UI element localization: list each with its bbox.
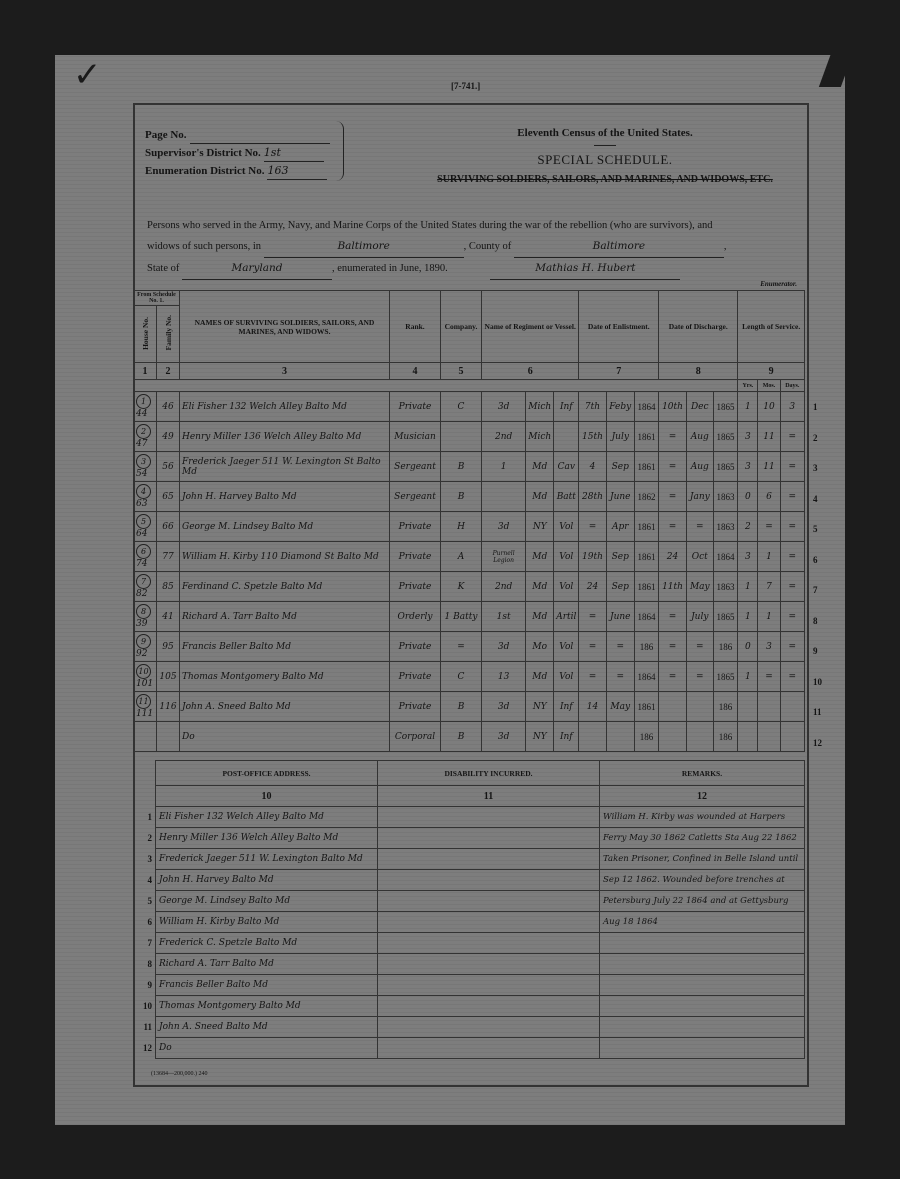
enlistment-day-cell: 14 <box>579 692 606 722</box>
col-num-3: 3 <box>180 363 390 380</box>
address-row: 1Eli Fisher 132 Welch Alley Balto MdWill… <box>133 807 805 828</box>
enlistment-year-cell: 1861 <box>634 422 658 452</box>
regiment-state-cell: NY <box>526 692 554 722</box>
enlistment-year: 186 <box>640 732 654 742</box>
enlistment-month-cell: = <box>606 662 634 692</box>
discharge-year: 1865 <box>716 462 734 472</box>
enlistment-month: May <box>610 702 630 712</box>
enlistment-year: 1864 <box>638 402 656 412</box>
rank-cell: Private <box>390 392 441 422</box>
discharge-day-cell: = <box>659 602 687 632</box>
regiment-state: Md <box>532 582 547 592</box>
regiment-type: Inf <box>560 402 573 412</box>
service-years-cell: 1 <box>738 392 758 422</box>
rank: Sergeant <box>394 462 436 472</box>
family-no-cell: 105 <box>157 662 180 692</box>
service-months-cell: 3 <box>758 632 780 662</box>
company: 1 Batty <box>445 612 478 622</box>
enlistment-day-cell: = <box>579 602 606 632</box>
discharge-day: = <box>669 642 677 652</box>
regiment-type: Cav <box>558 462 575 472</box>
service-years: 3 <box>745 432 751 442</box>
regiment-type-cell: Vol <box>554 632 579 662</box>
family-no: 105 <box>159 672 176 682</box>
county-value: Baltimore <box>514 236 724 258</box>
regiment-type-cell: Artil <box>554 602 579 632</box>
service-days-cell <box>780 692 804 722</box>
remarks <box>600 975 805 996</box>
service-days-cell: = <box>780 452 804 482</box>
regiment-number-cell: 3d <box>482 392 526 422</box>
discharge-year: 1865 <box>716 672 734 682</box>
circled-line-number: 1 <box>136 394 151 409</box>
service-days: = <box>789 582 797 592</box>
discharge-day-cell: = <box>659 632 687 662</box>
line-number: 4 <box>813 494 818 504</box>
rank-cell: Musician <box>390 422 441 452</box>
table-row: 83941Richard A. Tarr Balto MdOrderly1 Ba… <box>134 602 805 632</box>
discharge-day: = <box>669 462 677 472</box>
line-number: 3 <box>133 849 156 870</box>
rank-cell: Private <box>390 632 441 662</box>
line-number: 12 <box>813 738 822 748</box>
discharge-year: 1863 <box>716 522 734 532</box>
service-months: 11 <box>763 432 774 442</box>
length-header: Length of Service. <box>738 291 805 363</box>
enlistment-year: 1861 <box>638 582 656 592</box>
table-row: 24749Henry Miller 136 Welch Alley Balto … <box>134 422 805 452</box>
line-number: 5 <box>133 891 156 912</box>
soldier-name-cell: John A. Sneed Balto Md <box>180 692 390 722</box>
circled-line-number: 2 <box>136 424 151 439</box>
family-no: 46 <box>162 402 173 412</box>
regiment-state-cell: Md <box>526 482 554 512</box>
soldier-name-cell: John H. Harvey Balto Md <box>180 482 390 512</box>
service-years: 1 <box>745 612 751 622</box>
service-years-cell: 0 <box>738 632 758 662</box>
discharge-year: 186 <box>719 702 733 712</box>
house-no-cell: 463 <box>134 482 157 512</box>
page-no-label: Page No. <box>145 127 187 144</box>
discharge-year-cell: 186 <box>713 692 738 722</box>
service-months-cell: 7 <box>758 572 780 602</box>
enlistment-month: June <box>610 492 631 502</box>
soldier-name-cell: George M. Lindsey Balto Md <box>180 512 390 542</box>
rank-cell: Sergeant <box>390 452 441 482</box>
discharge-year-cell: 1865 <box>713 602 738 632</box>
table-row: 46365John H. Harvey Balto MdSergeantBMdB… <box>134 482 805 512</box>
enlistment-month-cell: May <box>606 692 634 722</box>
divider <box>594 145 616 146</box>
address-row: 7Frederick C. Spetzle Balto Md <box>133 933 805 954</box>
table-row: 78285Ferdinand C. Spetzle Balto MdPrivat… <box>134 572 805 602</box>
service-days-cell: = <box>780 482 804 512</box>
company-cell: = <box>441 632 482 662</box>
service-days-cell <box>780 722 804 752</box>
enlistment-year-cell: 186 <box>634 722 658 752</box>
regiment-state-cell: Md <box>526 602 554 632</box>
census-title: Eleventh Census of the United States. <box>405 127 805 139</box>
service-years-cell: 1 <box>738 662 758 692</box>
circled-line-number: 5 <box>136 514 151 529</box>
regiment-number: 2nd <box>495 582 512 592</box>
house-no-cell: 10101 <box>134 662 157 692</box>
soldier-name-cell: Ferdinand C. Spetzle Balto Md <box>180 572 390 602</box>
regiment-type-cell: Vol <box>554 542 579 572</box>
discharge-year: 1863 <box>716 582 734 592</box>
house-no: 111 <box>136 709 153 719</box>
district-info: Page No. Supervisor's District No.1st En… <box>145 127 330 180</box>
remarks: Petersburg July 22 1864 and at Gettysbur… <box>600 891 805 912</box>
regiment-header: Name of Regiment or Vessel. <box>482 291 579 363</box>
enlistment-month: = <box>616 672 624 682</box>
line-number: 2 <box>813 433 818 443</box>
regiment-state-cell: NY <box>526 722 554 752</box>
enlistment-year-cell: 1862 <box>634 482 658 512</box>
family-no: 41 <box>162 612 173 622</box>
service-months-cell: = <box>758 512 780 542</box>
discharge-year-cell: 186 <box>713 722 738 752</box>
col-num-4: 4 <box>390 363 441 380</box>
discharge-month: July <box>691 612 708 622</box>
soldier-name: William H. Kirby 110 Diamond St Balto Md <box>182 552 379 562</box>
regiment-state: Mich <box>528 432 551 442</box>
service-years-cell: 1 <box>738 572 758 602</box>
house-no: 64 <box>136 529 147 539</box>
service-years: 3 <box>745 462 751 472</box>
regiment-number: 13 <box>498 672 509 682</box>
discharge-month-cell <box>686 692 713 722</box>
disability-incurred <box>378 849 600 870</box>
regiment-type: Vol <box>559 552 573 562</box>
discharge-month: Dec <box>691 402 709 412</box>
post-office-address: Do <box>156 1038 378 1059</box>
enlistment-day: = <box>589 522 597 532</box>
house-no: 82 <box>136 589 147 599</box>
discharge-month-cell: Dec <box>686 392 713 422</box>
enlistment-day-cell <box>579 722 606 752</box>
rank: Private <box>399 642 432 652</box>
enlistment-day-cell: = <box>579 632 606 662</box>
service-days: = <box>789 492 797 502</box>
discharge-day-cell: = <box>659 512 687 542</box>
regiment-type-cell: Inf <box>554 392 579 422</box>
house-no-cell: 354 <box>134 452 157 482</box>
soldier-name: John H. Harvey Balto Md <box>182 492 297 502</box>
house-no: 54 <box>136 469 147 479</box>
discharge-year: 1865 <box>716 402 734 412</box>
enlistment-year-cell: 1864 <box>634 662 658 692</box>
regiment-number-cell: Purnell Legion <box>482 542 526 572</box>
soldier-name: Ferdinand C. Spetzle Balto Md <box>182 582 322 592</box>
discharge-year: 186 <box>719 732 733 742</box>
service-years-cell <box>738 692 758 722</box>
table-row: DoCorporalB3dNYInf186186 <box>134 722 805 752</box>
remarks <box>600 1038 805 1059</box>
house-no: 92 <box>136 649 147 659</box>
rank: Sergeant <box>394 492 436 502</box>
enlistment-day: = <box>589 612 597 622</box>
company-cell: C <box>441 392 482 422</box>
regiment-number: 3d <box>498 402 510 412</box>
service-days-cell: = <box>780 632 804 662</box>
rank-cell: Sergeant <box>390 482 441 512</box>
col-num-5: 5 <box>441 363 482 380</box>
service-days: = <box>789 642 797 652</box>
regiment-state: Md <box>532 462 547 472</box>
col-num-2: 2 <box>157 363 180 380</box>
soldier-name-cell: Eli Fisher 132 Welch Alley Balto Md <box>180 392 390 422</box>
regiment-number-cell: 3d <box>482 722 526 752</box>
col-num-7: 7 <box>579 363 659 380</box>
regiment-number-cell: 3d <box>482 512 526 542</box>
regiment-type-cell: Vol <box>554 512 579 542</box>
house-no: 63 <box>136 499 147 509</box>
discharge-day: = <box>669 492 677 502</box>
family-no-cell <box>157 722 180 752</box>
house-no-cell: 11111 <box>134 692 157 722</box>
disability-incurred <box>378 1038 600 1059</box>
rank-cell: Corporal <box>390 722 441 752</box>
circled-line-number: 4 <box>136 484 151 499</box>
family-no-cell: 116 <box>157 692 180 722</box>
discharge-month-cell: May <box>686 572 713 602</box>
soldier-name: Francis Beller Balto Md <box>182 642 291 652</box>
enlistment-month-cell: = <box>606 632 634 662</box>
soldier-name: Eli Fisher 132 Welch Alley Balto Md <box>182 402 347 412</box>
enlistment-year: 1862 <box>638 492 656 502</box>
disability-incurred <box>378 891 600 912</box>
brace <box>335 121 344 181</box>
family-no: 95 <box>162 642 173 652</box>
soldier-name-cell: Thomas Montgomery Balto Md <box>180 662 390 692</box>
regiment-number-cell: 13 <box>482 662 526 692</box>
address-row: 10Thomas Montgomery Balto Md <box>133 996 805 1017</box>
circled-line-number: 6 <box>136 544 151 559</box>
enlistment-year-cell: 1864 <box>634 392 658 422</box>
enlistment-year-cell: 1864 <box>634 602 658 632</box>
discharge-year: 186 <box>719 642 733 652</box>
remarks: Ferry May 30 1862 Catletts Sta Aug 22 18… <box>600 828 805 849</box>
family-no-cell: 46 <box>157 392 180 422</box>
discharge-month-cell: Oct <box>686 542 713 572</box>
enlistment-day-cell: = <box>579 662 606 692</box>
company-cell: B <box>441 692 482 722</box>
enlistment-year: 1861 <box>638 702 656 712</box>
discharge-month-cell <box>686 722 713 752</box>
service-months-cell: = <box>758 662 780 692</box>
service-days: 3 <box>789 402 795 412</box>
remarks: Sep 12 1862. Wounded before trenches at <box>600 870 805 891</box>
service-days-cell: = <box>780 542 804 572</box>
family-no-cell: 65 <box>157 482 180 512</box>
disability-incurred <box>378 954 600 975</box>
intro-text: Persons who served in the Army, Navy, an… <box>147 215 802 280</box>
col-num-6: 6 <box>482 363 579 380</box>
service-days: = <box>789 432 797 442</box>
enlistment-year-cell: 1861 <box>634 512 658 542</box>
post-office-address: William H. Kirby Balto Md <box>156 912 378 933</box>
disability-incurred <box>378 828 600 849</box>
house-no: 47 <box>136 439 147 449</box>
enlistment-year: 1864 <box>638 672 656 682</box>
company: B <box>458 462 465 472</box>
rank: Private <box>399 702 432 712</box>
enlistment-day: 24 <box>587 582 598 592</box>
table-row: 10101105Thomas Montgomery Balto MdPrivat… <box>134 662 805 692</box>
soldier-name: Richard A. Tarr Balto Md <box>182 612 297 622</box>
discharge-year-cell: 1865 <box>713 452 738 482</box>
company-cell: B <box>441 482 482 512</box>
family-no-header: Family No. <box>164 315 173 350</box>
table-row: 56466George M. Lindsey Balto MdPrivateH3… <box>134 512 805 542</box>
family-no-cell: 66 <box>157 512 180 542</box>
rank: Private <box>399 582 432 592</box>
line-number: 10 <box>813 677 822 687</box>
regiment-state-cell: Md <box>526 452 554 482</box>
address-row: 12Do <box>133 1038 805 1059</box>
discharge-year: 1863 <box>716 492 734 502</box>
service-days-cell: 3 <box>780 392 804 422</box>
rank: Orderly <box>397 612 432 622</box>
rank-cell: Private <box>390 692 441 722</box>
company: = <box>457 642 465 652</box>
enlistment-header: Date of Enlistment. <box>579 291 659 363</box>
regiment-type-cell: Inf <box>554 722 579 752</box>
address-row: 11John A. Sneed Balto Md <box>133 1017 805 1038</box>
regiment-number: 3d <box>498 642 510 652</box>
enlistment-month: Feby <box>609 402 631 412</box>
family-no: 49 <box>162 432 173 442</box>
house-no-cell: 782 <box>134 572 157 602</box>
days-header: Days. <box>780 380 804 392</box>
discharge-month-cell: Jany <box>686 482 713 512</box>
enlistment-day: 7th <box>585 402 600 412</box>
family-no-cell: 95 <box>157 632 180 662</box>
company: C <box>458 672 465 682</box>
discharge-day-cell <box>659 722 687 752</box>
enlistment-day-cell: 28th <box>579 482 606 512</box>
company-cell: C <box>441 662 482 692</box>
regiment-number-cell: 2nd <box>482 422 526 452</box>
discharge-month: = <box>696 522 704 532</box>
discharge-year: 1865 <box>716 612 734 622</box>
line-number: 9 <box>133 975 156 996</box>
rank-cell: Private <box>390 572 441 602</box>
circled-line-number: 11 <box>136 694 151 709</box>
service-months-cell: 10 <box>758 392 780 422</box>
remarks <box>600 996 805 1017</box>
enlistment-day: = <box>589 642 597 652</box>
regiment-state: NY <box>533 702 547 712</box>
company-cell: H <box>441 512 482 542</box>
discharge-month-cell: Aug <box>686 452 713 482</box>
regiment-number: 1st <box>497 612 511 622</box>
regiment-state: Md <box>532 612 547 622</box>
soldier-name-cell: Do <box>180 722 390 752</box>
soldier-name: Do <box>182 732 195 742</box>
discharge-year-cell: 1863 <box>713 512 738 542</box>
discharge-month: Aug <box>691 462 709 472</box>
enlistment-day: 19th <box>582 552 603 562</box>
enlistment-year-cell: 1861 <box>634 572 658 602</box>
rank: Private <box>399 552 432 562</box>
regiment-state-cell: Md <box>526 662 554 692</box>
circled-line-number: 3 <box>136 454 151 469</box>
remarks <box>600 933 805 954</box>
address-row: 6William H. Kirby Balto MdAug 18 1864 <box>133 912 805 933</box>
form-code: [7-741.] <box>451 81 480 91</box>
house-no: 39 <box>136 619 147 629</box>
discharge-day-cell: = <box>659 662 687 692</box>
discharge-month-cell: July <box>686 602 713 632</box>
regiment-type: Vol <box>559 642 573 652</box>
soldier-name-cell: Francis Beller Balto Md <box>180 632 390 662</box>
place-value: Baltimore <box>264 236 464 258</box>
circled-line-number: 7 <box>136 574 151 589</box>
remarks-header: REMARKS. <box>600 761 805 786</box>
house-no-cell: 564 <box>134 512 157 542</box>
discharge-day: = <box>669 522 677 532</box>
enlistment-month-cell: July <box>606 422 634 452</box>
supervisor-value: 1st <box>264 144 324 162</box>
address-header: POST-OFFICE ADDRESS. <box>156 761 378 786</box>
discharge-day-cell: = <box>659 422 687 452</box>
enumeration-label: Enumeration District No. <box>145 163 264 180</box>
regiment-state-cell: Mo <box>526 632 554 662</box>
family-no-cell: 85 <box>157 572 180 602</box>
family-no: 56 <box>162 462 173 472</box>
table-row: 67477William H. Kirby 110 Diamond St Bal… <box>134 542 805 572</box>
discharge-day: 11th <box>662 582 683 592</box>
soldier-name: Henry Miller 136 Welch Alley Balto Md <box>182 432 361 442</box>
intro-label-state: State of <box>147 263 179 274</box>
discharge-month-cell: = <box>686 512 713 542</box>
folded-corner <box>819 53 853 87</box>
company-cell: A <box>441 542 482 572</box>
enlistment-month-cell: Sep <box>606 572 634 602</box>
enlistment-day: 4 <box>590 462 596 472</box>
enlistment-day-cell: = <box>579 512 606 542</box>
remarks: Aug 18 1864 <box>600 912 805 933</box>
line-number: 7 <box>813 585 818 595</box>
regiment-state: NY <box>533 732 547 742</box>
enlistment-month-cell <box>606 722 634 752</box>
disability-header: DISABILITY INCURRED. <box>378 761 600 786</box>
check-mark-icon: ✓ <box>73 55 102 95</box>
discharge-month: = <box>696 672 704 682</box>
table-row: 11111116John A. Sneed Balto MdPrivateB3d… <box>134 692 805 722</box>
company-cell <box>441 422 482 452</box>
regiment-number-cell: 3d <box>482 692 526 722</box>
discharge-month: Aug <box>691 432 709 442</box>
service-months-cell: 1 <box>758 542 780 572</box>
census-sheet: ✓ [7-741.] Page No. Supervisor's Distric… <box>55 55 845 1125</box>
regiment-state-cell: NY <box>526 512 554 542</box>
regiment-state: Mo <box>532 642 547 652</box>
company-cell: B <box>441 452 482 482</box>
address-row: 4John H. Harvey Balto MdSep 12 1862. Wou… <box>133 870 805 891</box>
company-cell: B <box>441 722 482 752</box>
service-years-cell: 1 <box>738 602 758 632</box>
discharge-month: Jany <box>690 492 710 502</box>
enlistment-day: 14 <box>587 702 598 712</box>
enlistment-month-cell: Feby <box>606 392 634 422</box>
enumeration-value: 163 <box>267 162 327 180</box>
disability-incurred <box>378 933 600 954</box>
regiment-type: Artil <box>556 612 576 622</box>
line-number: 11 <box>133 1017 156 1038</box>
